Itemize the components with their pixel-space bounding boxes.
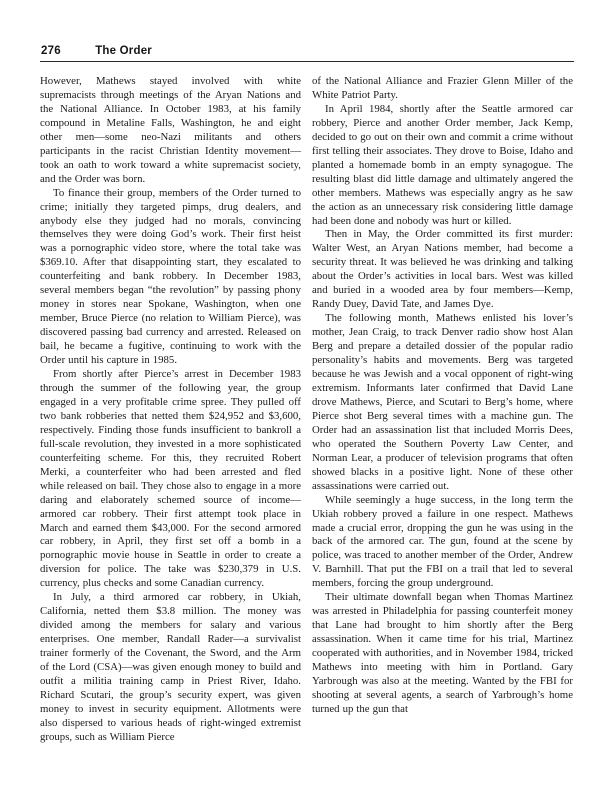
left-column: However, Mathews stayed involved with wh… — [40, 75, 301, 745]
paragraph: of the National Alliance and Frazier Gle… — [312, 75, 573, 103]
right-column: of the National Alliance and Frazier Gle… — [312, 75, 573, 745]
book-page: 276 The Order However, Mathews stayed in… — [0, 0, 614, 800]
paragraph: From shortly after Pierce’s arrest in De… — [40, 368, 301, 591]
running-head-title: The Order — [95, 45, 152, 57]
paragraph: While seemingly a huge success, in the l… — [312, 494, 573, 592]
page-number: 276 — [41, 45, 61, 57]
text-columns: However, Mathews stayed involved with wh… — [40, 75, 574, 745]
paragraph: To finance their group, members of the O… — [40, 187, 301, 368]
header-rule — [40, 61, 574, 62]
page-header: 276 The Order — [41, 45, 574, 57]
paragraph: Then in May, the Order committed its fir… — [312, 228, 573, 312]
paragraph: However, Mathews stayed involved with wh… — [40, 75, 301, 187]
paragraph: The following month, Mathews enlisted hi… — [312, 312, 573, 493]
paragraph: In April 1984, shortly after the Seattle… — [312, 103, 573, 229]
paragraph: In July, a third armored car robbery, in… — [40, 591, 301, 744]
paragraph: Their ultimate downfall began when Thoma… — [312, 591, 573, 717]
